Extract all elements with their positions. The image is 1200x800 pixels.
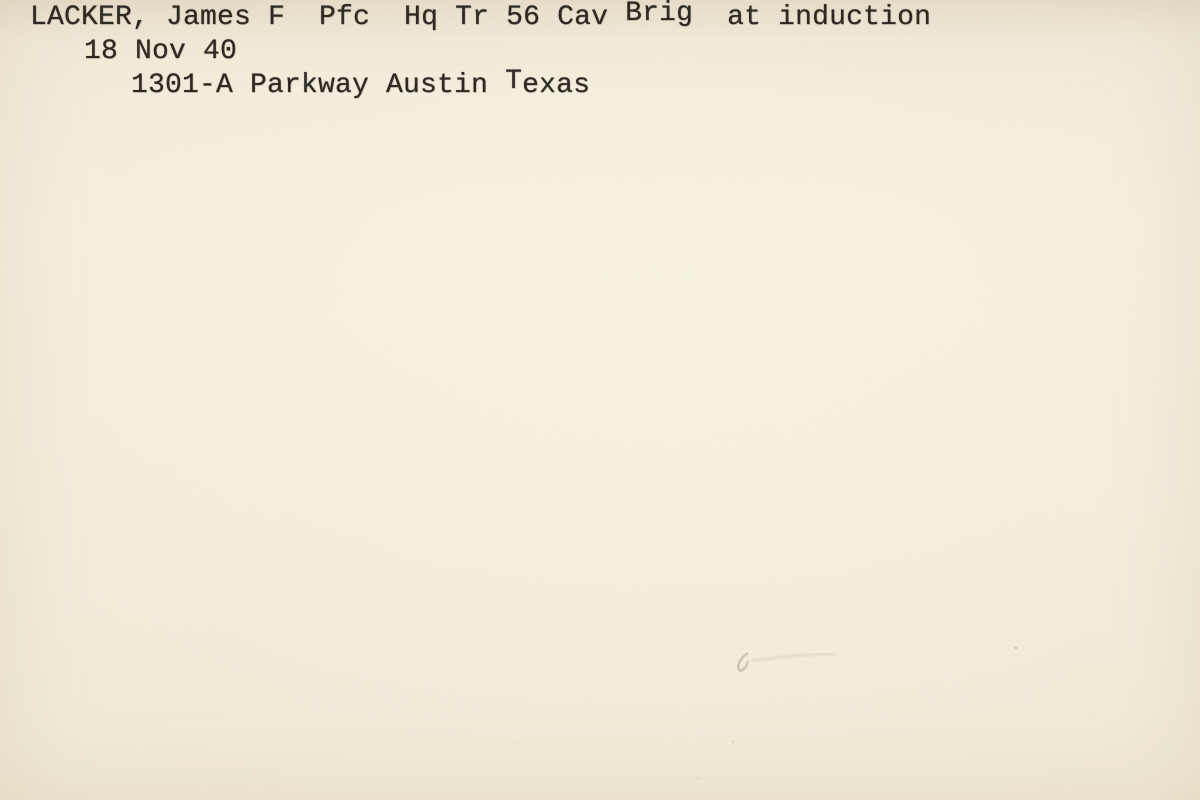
name-rank-unit-line: LACKER, James F Pfc Hq Tr 56 Cav Brig at… [30,2,931,34]
typewritten-text-block: LACKER, James F Pfc Hq Tr 56 Cav Brig at… [0,0,1200,800]
induction-date-line: 18 Nov 40 [84,36,237,68]
index-card: LACKER, James F Pfc Hq Tr 56 Cav Brig at… [0,0,1200,800]
address-raised-letter: T [505,66,522,98]
brigade-text: Brig [625,0,693,30]
name-rank-unit-text: LACKER, James F Pfc Hq Tr 56 Cav [30,2,625,33]
induction-date-text: 18 Nov 40 [84,36,237,67]
address-line: 1301-A Parkway Austin Texas [131,70,590,102]
induction-note-text: at induction [693,2,931,33]
address-text-end: exas [522,70,590,101]
address-text-start: 1301-A Parkway Austin [131,70,505,101]
